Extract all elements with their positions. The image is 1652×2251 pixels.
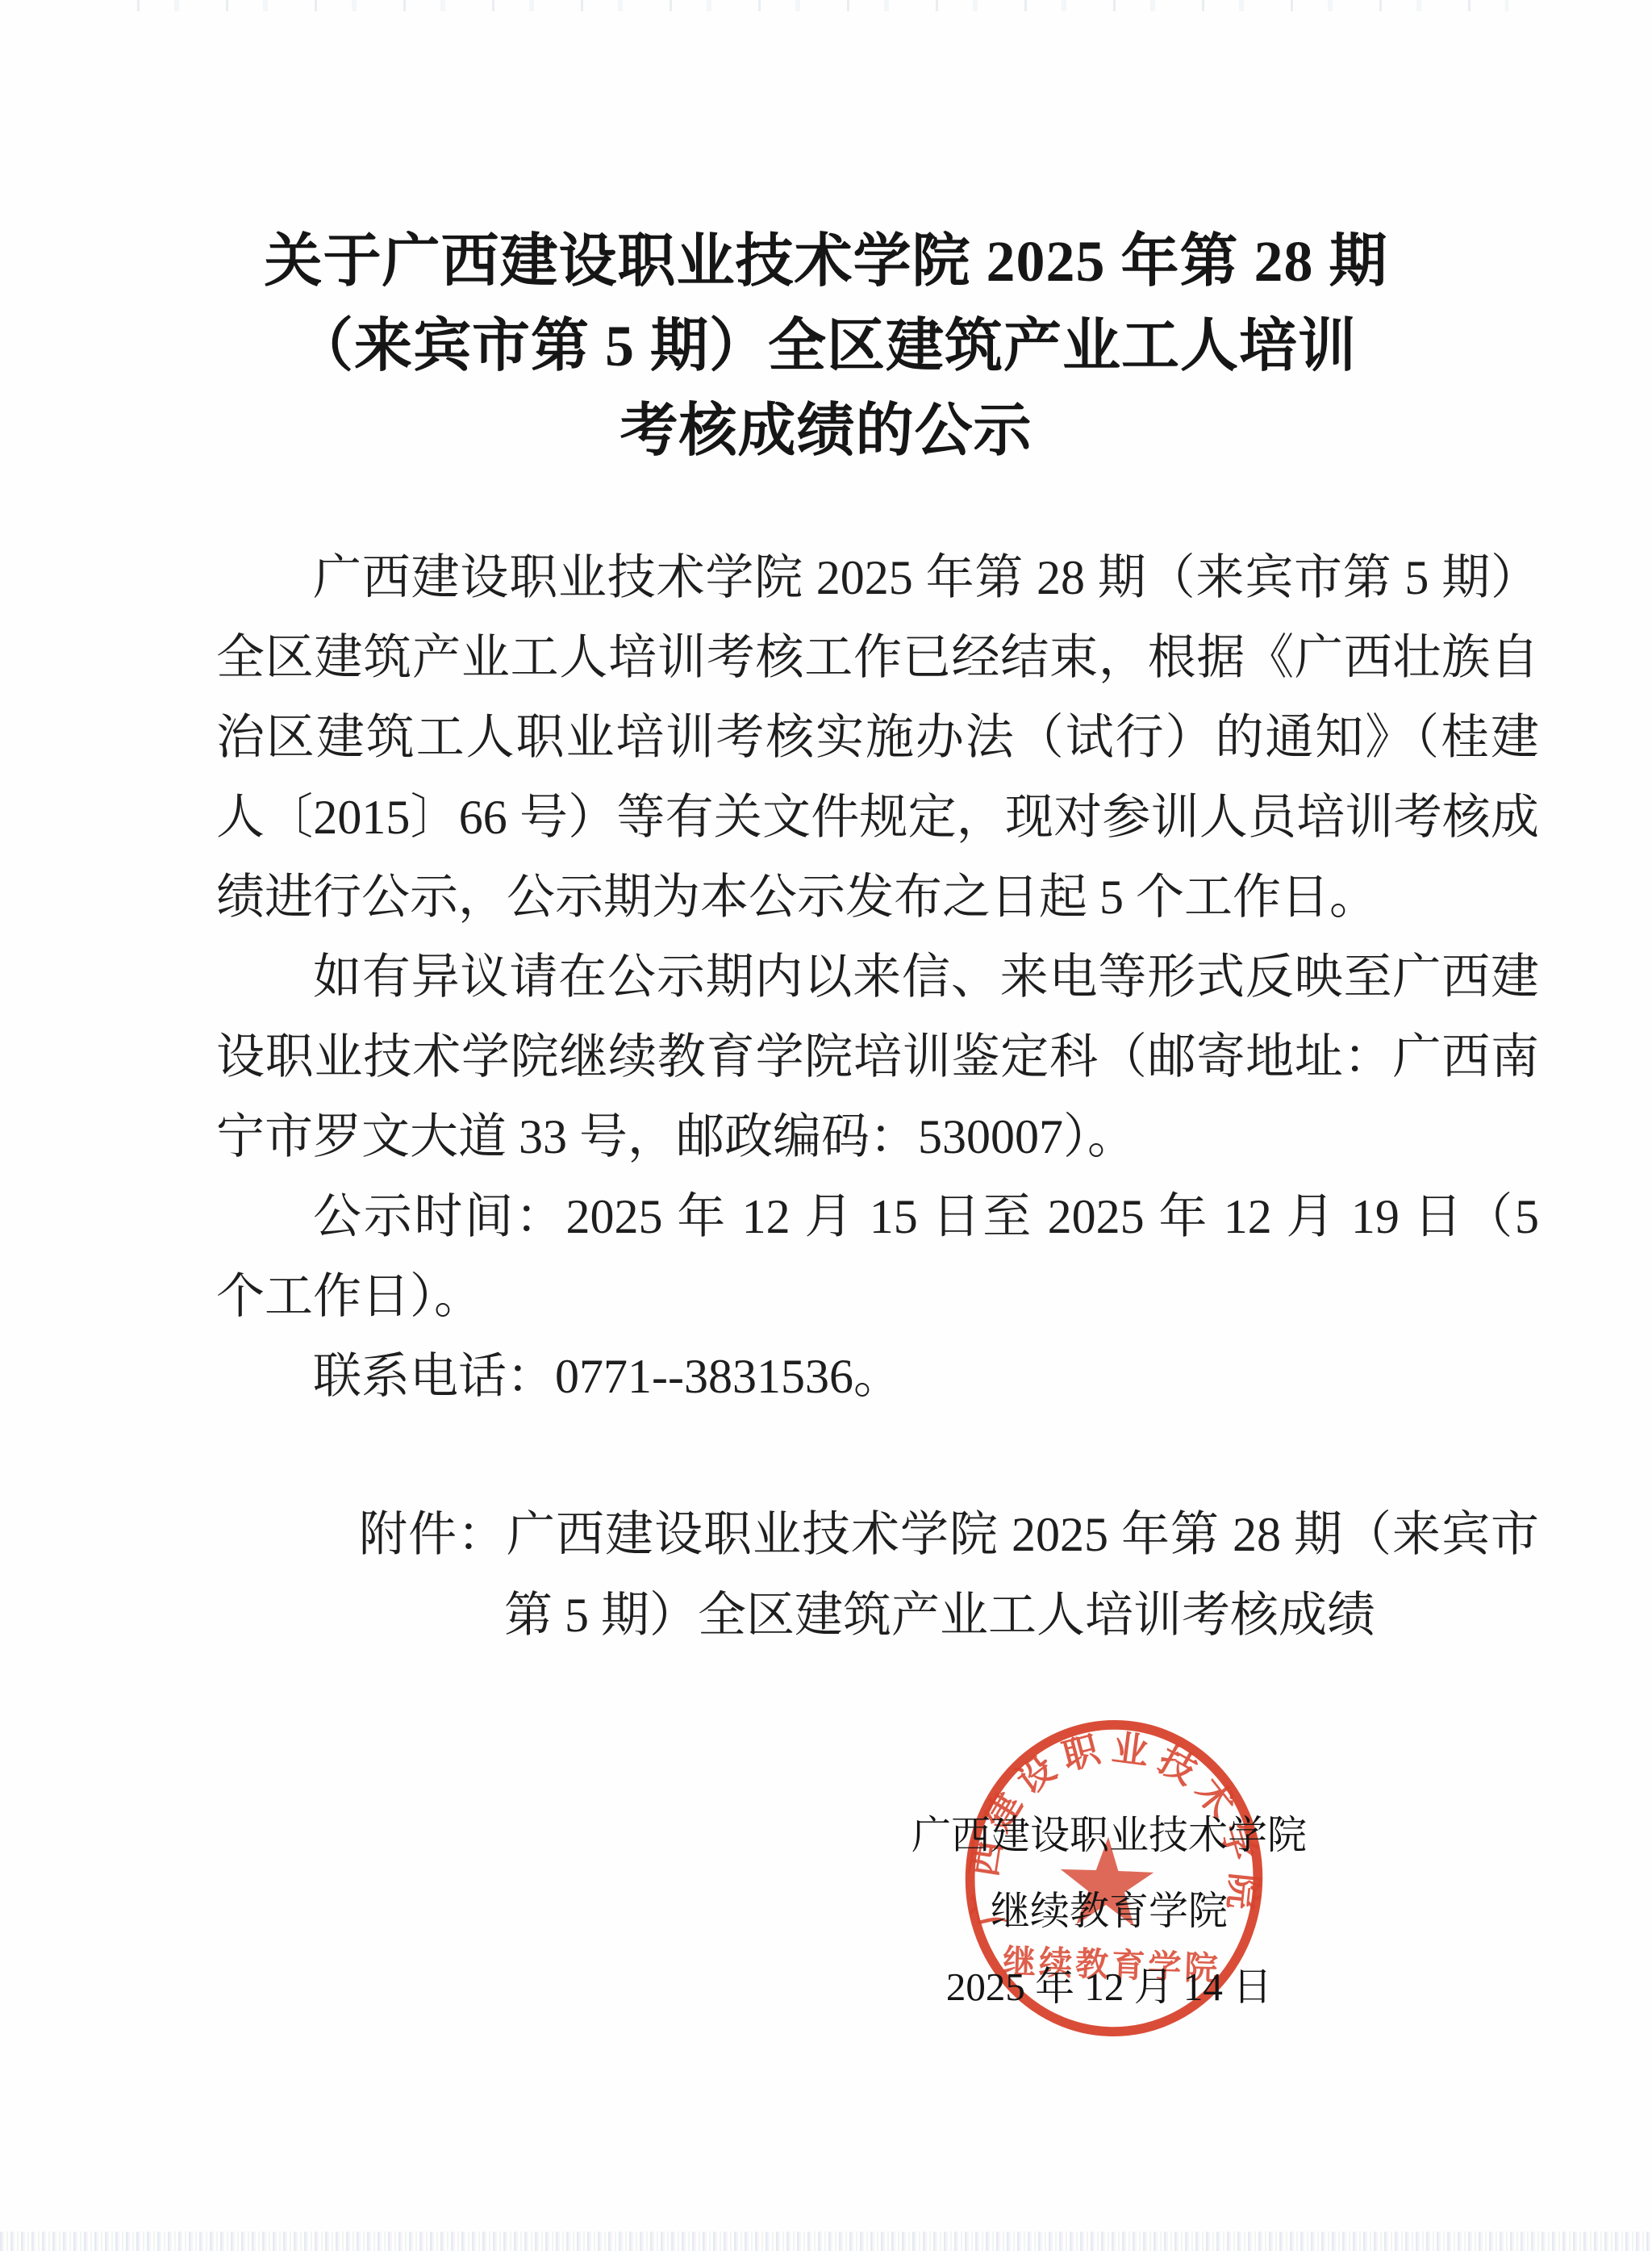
signature-block: 广西建设职业技术学院 继续教育学院 2025 年 12 月 14 日 xyxy=(839,1798,1379,2025)
paragraph-intro: 广西建设职业技术学院 2025 年第 28 期（来宾市第 5 期）全区建筑产业工… xyxy=(216,538,1539,938)
title-line-2: （来宾市第 5 期）全区建筑产业工人培训 xyxy=(97,304,1555,389)
scan-artifact-bottom xyxy=(0,2232,1652,2251)
attachment-note: 附件：广西建设职业技术学院 2025 年第 28 期（来宾市第 5 期）全区建筑… xyxy=(359,1494,1539,1656)
paragraph-objection: 如有异议请在公示期内以来信、来电等形式反映至广西建设职业技术学院继续教育学院培训… xyxy=(216,938,1539,1177)
title-line-3: 考核成绩的公示 xyxy=(97,389,1555,474)
paragraph-contact-phone: 联系电话：0771--3831536。 xyxy=(216,1337,1539,1417)
document-page: 关于广西建设职业技术学院 2025 年第 28 期 （来宾市第 5 期）全区建筑… xyxy=(0,0,1652,2251)
scan-artifact-top xyxy=(137,0,1508,11)
signature-org-line-1: 广西建设职业技术学院 xyxy=(839,1798,1379,1873)
signature-date: 2025 年 12 月 14 日 xyxy=(839,1949,1379,2025)
document-title: 关于广西建设职业技术学院 2025 年第 28 期 （来宾市第 5 期）全区建筑… xyxy=(97,219,1555,474)
document-body: 广西建设职业技术学院 2025 年第 28 期（来宾市第 5 期）全区建筑产业工… xyxy=(216,538,1539,1417)
title-line-1: 关于广西建设职业技术学院 2025 年第 28 期 xyxy=(97,219,1555,304)
paragraph-publicity-period: 公示时间：2025 年 12 月 15 日至 2025 年 12 月 19 日（… xyxy=(216,1177,1539,1337)
signature-org-line-2: 继续教育学院 xyxy=(839,1873,1379,1949)
attachment-label: 附件： xyxy=(359,1508,507,1561)
attachment-text: 广西建设职业技术学院 2025 年第 28 期（来宾市第 5 期）全区建筑产业工… xyxy=(504,1508,1539,1642)
